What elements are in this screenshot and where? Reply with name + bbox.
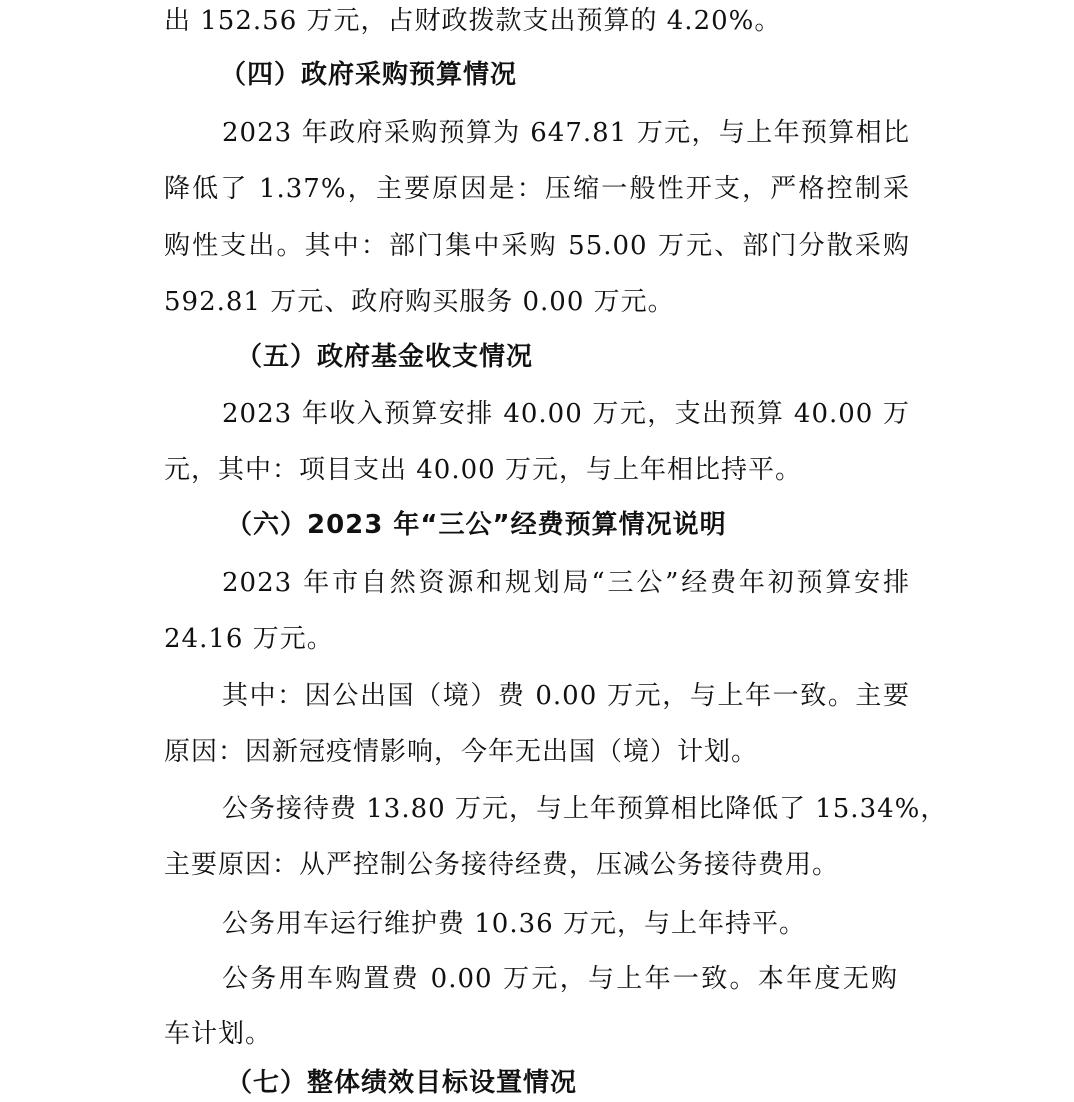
paragraph-line: 2023 年市自然资源和规划局“三公”经费年初预算安排 (222, 566, 910, 600)
paragraph-line: 出 152.56 万元，占财政拨款支出预算的 4.20%。 (164, 4, 781, 38)
paragraph-line: 原因：因新冠疫情影响，今年无出国（境）计划。 (164, 735, 758, 769)
paragraph-line: 公务接待费 13.80 万元，与上年预算相比降低了 15.34%， (222, 792, 910, 826)
section-heading-5: （五）政府基金收支情况 (236, 340, 533, 374)
paragraph-line: 24.16 万元。 (164, 622, 334, 656)
paragraph-line: 2023 年收入预算安排 40.00 万元，支出预算 40.00 万 (222, 397, 910, 431)
section-heading-7: （七）整体绩效目标设置情况 (226, 1066, 577, 1100)
paragraph-line: 公务用车购置费 0.00 万元，与上年一致。本年度无购 (222, 962, 898, 996)
paragraph-line: 2023 年政府采购预算为 647.81 万元，与上年预算相比 (222, 116, 910, 150)
paragraph-line: 其中：因公出国（境）费 0.00 万元，与上年一致。主要 (222, 679, 910, 713)
paragraph-line: 592.81 万元、政府购买服务 0.00 万元。 (164, 285, 675, 319)
paragraph-line: 主要原因：从严控制公务接待经费，压减公务接待费用。 (164, 848, 839, 882)
paragraph-line: 公务用车运行维护费 10.36 万元，与上年持平。 (222, 907, 806, 941)
paragraph-line: 购性支出。其中：部门集中采购 55.00 万元、部门分散采购 (164, 229, 910, 263)
paragraph-line: 降低了 1.37%，主要原因是：压缩一般性开支，严格控制采 (164, 172, 910, 206)
paragraph-line: 车计划。 (164, 1017, 272, 1051)
section-heading-6: （六）2023 年“三公”经费预算情况说明 (226, 508, 727, 542)
paragraph-line: 元，其中：项目支出 40.00 万元，与上年相比持平。 (164, 453, 802, 487)
section-heading-4: （四）政府采购预算情况 (220, 58, 517, 92)
